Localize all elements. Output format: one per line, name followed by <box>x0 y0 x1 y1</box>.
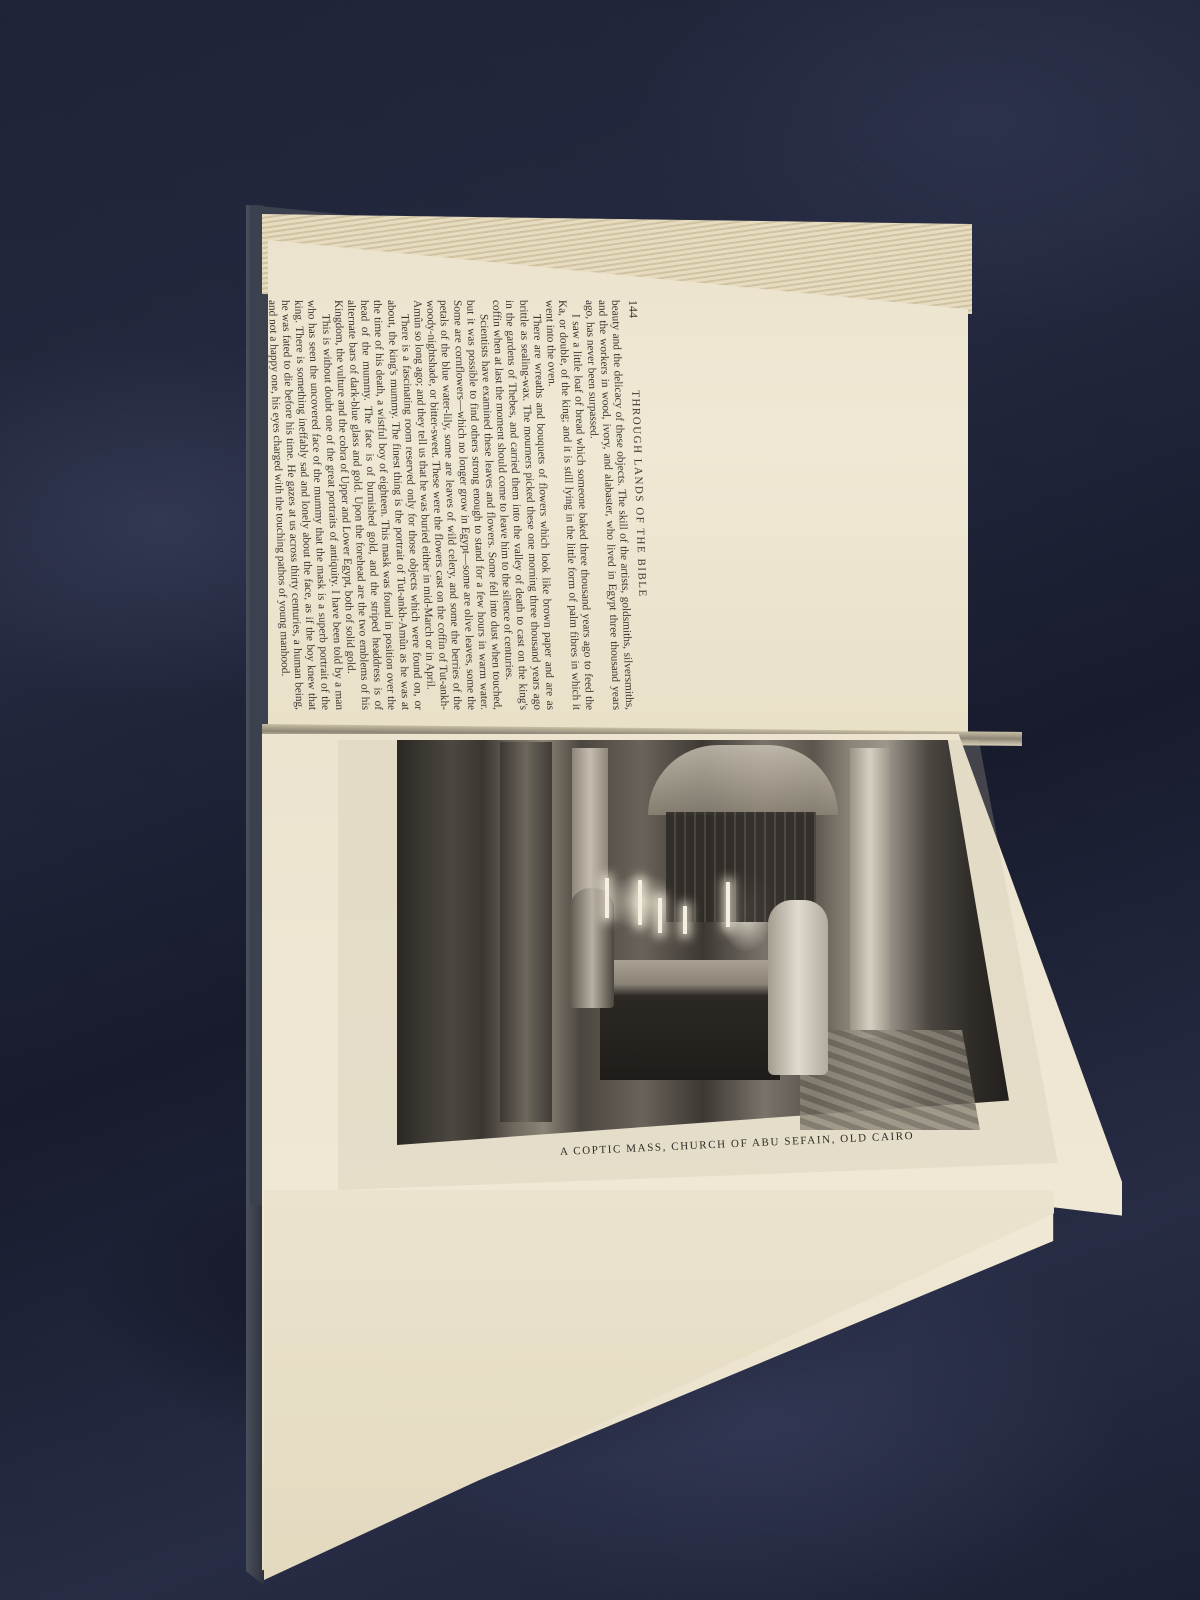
open-book: 144 THROUGH LANDS OF THE BIBLE beauty an… <box>0 0 1200 1600</box>
candle-icon <box>605 878 609 918</box>
photo-altar <box>600 960 780 1080</box>
candle-icon <box>638 880 642 925</box>
page-number: 144 <box>625 300 641 318</box>
candle-icon <box>683 906 687 934</box>
paragraph: Scientists have examined these leaves an… <box>410 300 504 710</box>
body-text: beauty and the delicacy of these objects… <box>265 300 636 710</box>
paragraph: There is a fascinating room reserved onl… <box>331 300 425 710</box>
page-bottom-edge <box>264 1190 1054 1580</box>
photo-column <box>500 742 552 1122</box>
candle-icon <box>726 882 730 927</box>
photo-priest-right <box>768 900 828 1075</box>
rotated-text-block: 144 THROUGH LANDS OF THE BIBLE beauty an… <box>80 300 654 710</box>
photo-column <box>850 748 890 1038</box>
candle-icon <box>658 898 662 933</box>
